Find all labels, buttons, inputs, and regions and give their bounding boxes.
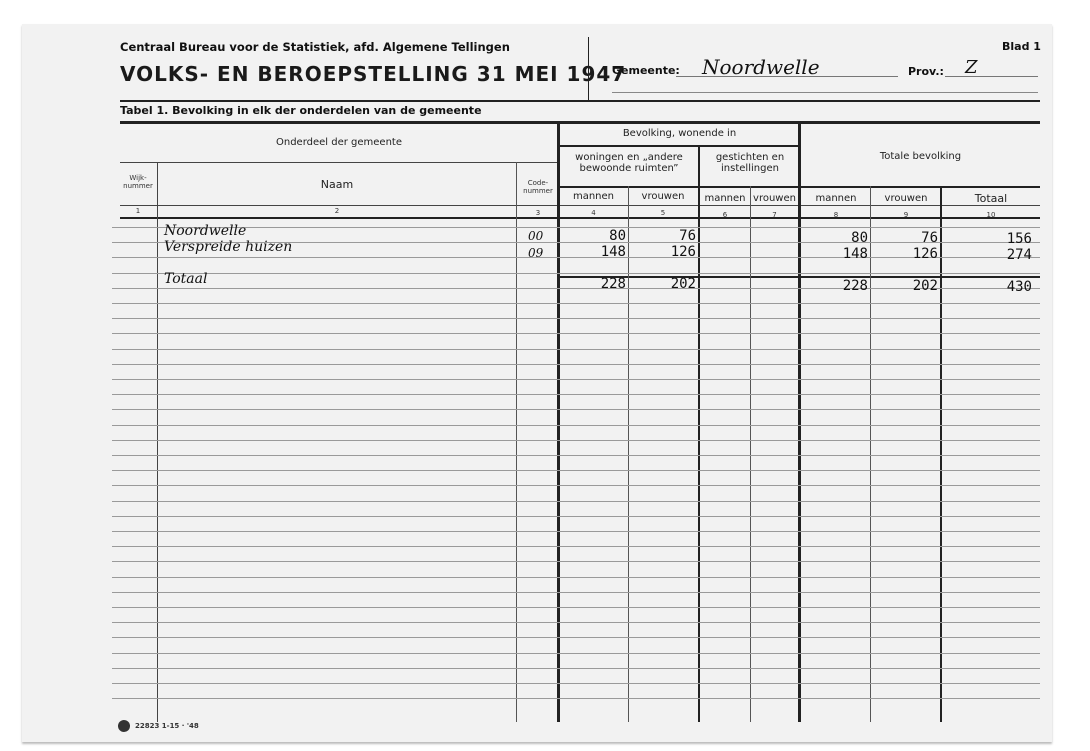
ruled-line <box>112 653 1040 654</box>
header-w-mannen: mannen <box>559 191 628 202</box>
t-totaal-cell: 274 <box>944 247 1032 263</box>
header-g-vrouwen: vrouwen <box>750 193 799 204</box>
header-t-vrouwen: vrouwen <box>871 193 941 204</box>
footer-code: 22823 1-15 · '48 <box>135 722 199 730</box>
ruled-line <box>112 318 1040 319</box>
ruled-line <box>112 577 1040 578</box>
header-g-mannen: mannen <box>700 193 750 204</box>
naam-cell: Verspreide huizen <box>164 239 292 255</box>
w-mannen-cell: 80 <box>560 228 626 244</box>
total-t-totaal: 430 <box>944 279 1032 295</box>
table-title: Tabel 1. Bevolking in elk der onderdelen… <box>120 104 482 117</box>
ruled-line <box>112 637 1040 638</box>
ruled-line <box>112 485 1040 486</box>
grid-line <box>558 145 801 147</box>
t-mannen-cell: 80 <box>802 230 868 246</box>
gemeente-value: Noordwelle <box>702 55 820 79</box>
total-w-mannen: 228 <box>560 276 626 292</box>
header-rule <box>120 100 1040 102</box>
t-vrouwen-cell: 76 <box>872 230 938 246</box>
col-number: 1 <box>118 207 158 215</box>
ruled-line <box>112 455 1040 456</box>
ruled-line <box>112 592 1040 593</box>
sheet-number: Blad 1 <box>1002 40 1041 53</box>
grid-line <box>698 145 700 722</box>
form-sheet <box>22 24 1052 742</box>
header-t-mannen: mannen <box>801 193 871 204</box>
ruled-line <box>112 501 1040 502</box>
ruled-line <box>112 546 1040 547</box>
col-number: 3 <box>517 209 559 217</box>
total-t-vrouwen: 202 <box>872 278 938 294</box>
header-gestichten: gestichten en instellingen <box>702 152 798 174</box>
organization-name: Centraal Bureau voor de Statistiek, afd.… <box>120 40 510 54</box>
ruled-line <box>112 409 1040 410</box>
header-extra-line <box>612 92 1038 93</box>
header-w-vrouwen: vrouwen <box>628 191 698 202</box>
header-totale: Totale bevolking <box>801 151 1040 162</box>
ruled-line <box>112 425 1040 426</box>
grid-line <box>120 162 558 163</box>
gemeente-label: Gemeente: <box>612 64 680 77</box>
total-label: Totaal <box>164 271 207 287</box>
w-vrouwen-cell: 76 <box>630 228 696 244</box>
header-naam: Naam <box>158 178 516 191</box>
w-vrouwen-cell: 126 <box>630 244 696 260</box>
col-number: 4 <box>559 209 628 217</box>
grid-line <box>157 162 158 722</box>
grid-line <box>628 186 629 722</box>
ruled-line <box>112 470 1040 471</box>
grid-line <box>120 217 1040 219</box>
col-number: 2 <box>158 207 516 215</box>
ruled-line <box>112 668 1040 669</box>
ruled-line <box>112 379 1040 380</box>
w-mannen-cell: 148 <box>560 244 626 260</box>
header-wijk: Wijk-nummer <box>118 174 158 190</box>
ruled-line <box>112 622 1040 623</box>
code-cell: 00 <box>528 229 543 243</box>
grid-line <box>557 124 560 722</box>
ruled-line <box>112 516 1040 517</box>
grid-line <box>750 186 751 722</box>
header-onderdeel: Onderdeel der gemeente <box>120 137 558 148</box>
naam-cell: Noordwelle <box>164 223 246 239</box>
header-bevolking: Bevolking, wonende in <box>560 128 799 139</box>
ruled-line <box>112 561 1040 562</box>
ruled-line <box>112 349 1040 350</box>
grid-line <box>940 186 942 722</box>
table-top-rule <box>120 121 1040 124</box>
ruled-line <box>112 698 1040 699</box>
ruled-line <box>112 364 1040 365</box>
t-totaal-cell: 156 <box>944 231 1032 247</box>
ruled-line <box>112 394 1040 395</box>
col-number: 5 <box>628 209 698 217</box>
t-mannen-cell: 148 <box>802 246 868 262</box>
prov-value: Z <box>965 57 978 78</box>
ruled-line <box>112 683 1040 684</box>
ruled-line <box>112 273 1040 274</box>
code-cell: 09 <box>528 246 543 260</box>
ruled-line <box>112 333 1040 334</box>
total-t-mannen: 228 <box>802 278 868 294</box>
t-vrouwen-cell: 126 <box>872 246 938 262</box>
prov-underline <box>945 76 1038 77</box>
ruled-line <box>112 607 1040 608</box>
grid-line <box>516 162 517 722</box>
printer-logo-icon <box>118 720 130 732</box>
ruled-line <box>112 303 1040 304</box>
ruled-line <box>112 531 1040 532</box>
total-w-vrouwen: 202 <box>630 276 696 292</box>
form-title: VOLKS- EN BEROEPSTELLING 31 MEI 1947 <box>120 62 626 86</box>
prov-label: Prov.: <box>908 65 944 78</box>
header-code: Code-nummer <box>517 179 559 195</box>
header-woningen: woningen en „andere bewoonde ruimten” <box>564 152 694 174</box>
grid-line <box>798 124 801 722</box>
grid-line <box>870 186 871 722</box>
header-totaal: Totaal <box>942 192 1040 205</box>
grid-line <box>120 205 1040 206</box>
ruled-line <box>112 440 1040 441</box>
header-divider <box>588 37 589 101</box>
